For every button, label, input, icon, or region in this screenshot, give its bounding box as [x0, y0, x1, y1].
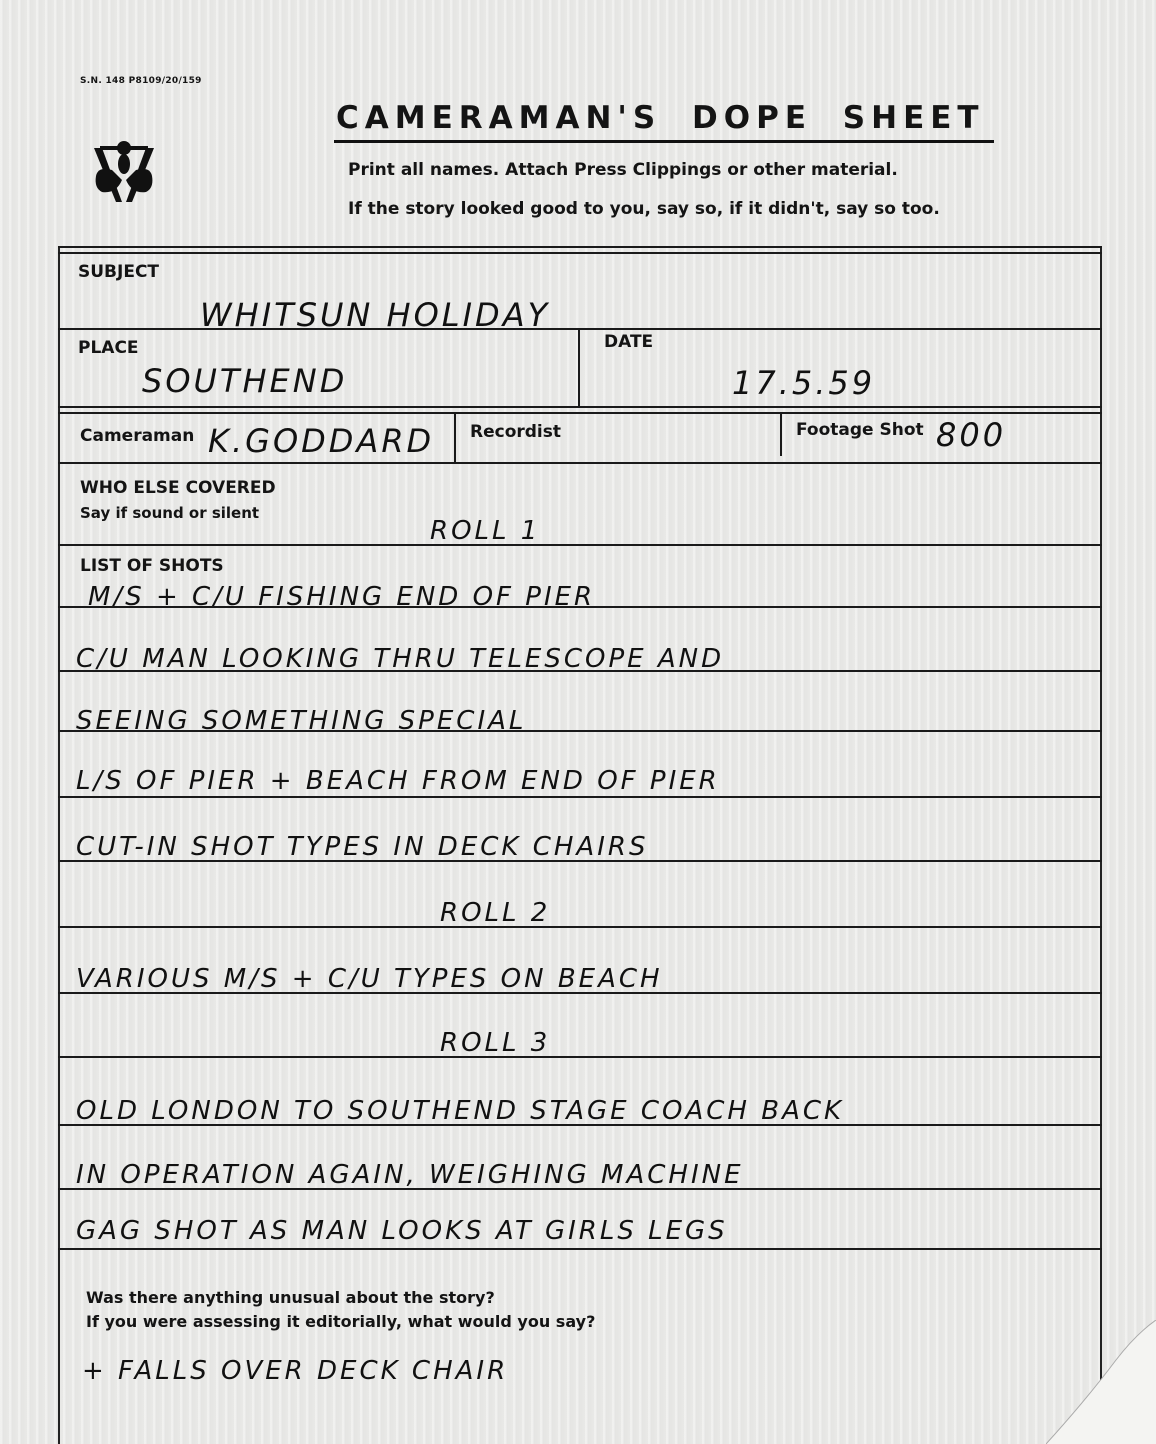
- cameraman-field[interactable]: K.GODDARD: [208, 422, 434, 460]
- form-frame: SUBJECT WHITSUN HOLIDAY PLACE SOUTHEND D…: [58, 246, 1102, 1444]
- place-field[interactable]: SOUTHEND: [142, 362, 347, 400]
- roll-heading[interactable]: ROLL 3: [440, 1028, 550, 1058]
- form-title: CAMERAMAN'S DOPE SHEET: [336, 100, 985, 136]
- shot-line[interactable]: VARIOUS M/S + C/U TYPES ON BEACH: [76, 964, 663, 994]
- title-underline: [334, 140, 994, 143]
- subject-label: SUBJECT: [78, 262, 159, 282]
- page-curl-decoration: [1046, 1320, 1156, 1444]
- date-field[interactable]: 17.5.59: [732, 364, 875, 402]
- footage-shot-field[interactable]: 800: [936, 416, 1006, 454]
- sound-or-silent-label: Say if sound or silent: [80, 504, 259, 522]
- footage-shot-label: Footage Shot: [796, 420, 924, 440]
- assessment-field[interactable]: + FALLS OVER DECK CHAIR: [82, 1356, 508, 1386]
- shot-line[interactable]: IN OPERATION AGAIN, WEIGHING MACHINE: [76, 1160, 744, 1190]
- instruction-print-names: Print all names. Attach Press Clippings …: [348, 160, 898, 180]
- who-else-covered-field[interactable]: ROLL 1: [430, 516, 540, 546]
- who-else-covered-label: WHO ELSE COVERED: [80, 478, 276, 498]
- place-label: PLACE: [78, 338, 139, 358]
- recordist-label: Recordist: [470, 422, 561, 442]
- cameraman-label: Cameraman: [80, 426, 194, 446]
- shot-line[interactable]: CUT-IN SHOT TYPES IN DECK CHAIRS: [76, 832, 648, 862]
- instruction-story-opinion: If the story looked good to you, say so,…: [348, 199, 940, 219]
- date-label: DATE: [604, 332, 653, 352]
- shot-line[interactable]: OLD LONDON TO SOUTHEND STAGE COACH BACK: [76, 1096, 844, 1126]
- unusual-question: Was there anything unusual about the sto…: [86, 1288, 495, 1307]
- editorial-question: If you were assessing it editorially, wh…: [86, 1312, 595, 1331]
- shot-line[interactable]: GAG SHOT AS MAN LOOKS AT GIRLS LEGS: [76, 1216, 728, 1246]
- recordist-field[interactable]: [580, 422, 760, 452]
- shot-line[interactable]: L/S OF PIER + BEACH FROM END OF PIER: [76, 766, 720, 796]
- serial-number: S.N. 148 P8109/20/159: [80, 76, 202, 86]
- roll-heading[interactable]: ROLL 2: [440, 898, 550, 928]
- list-of-shots-label: LIST OF SHOTS: [80, 556, 224, 576]
- newsreel-emblem-icon: [88, 136, 160, 208]
